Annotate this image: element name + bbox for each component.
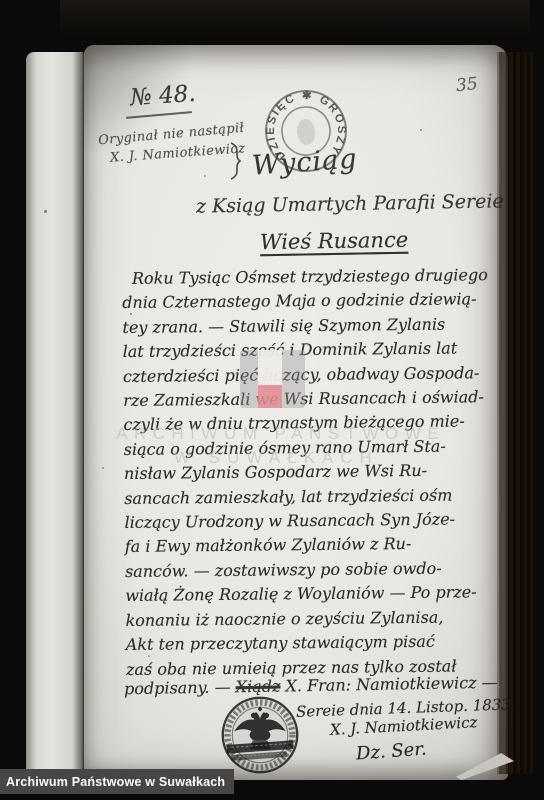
closing-line-post: X. Fran: Namiotkiewicz — xyxy=(280,673,497,696)
record-number: № 48. xyxy=(129,81,196,112)
handwritten-line: liczący Urodzony w Rusancach Syn Józe- xyxy=(124,507,504,535)
book-top-edge xyxy=(60,0,530,48)
document-subtitle: z Ksiąg Umartych Parafii Sereie xyxy=(196,190,504,217)
archival-scan: 35 № 48. Oryginał nie nastąpił X. J. Nam… xyxy=(0,0,544,800)
handwritten-line: wiałą Żonę Rozalię z Woylaniów — Po prze… xyxy=(125,580,505,608)
book-spine-dark-edge xyxy=(497,52,533,774)
signature-flourish: Dz. Ser. xyxy=(355,739,427,765)
ink-flourish-brace xyxy=(226,141,246,181)
underlying-page-edge xyxy=(26,52,84,772)
village-heading: Wieś Rusance xyxy=(260,228,409,255)
page-number: 35 xyxy=(455,74,479,96)
record-number-underline xyxy=(126,111,192,119)
body-lines: Roku Tysiąc Ośmset trzydziestego drugieg… xyxy=(122,263,506,682)
dirt-speck xyxy=(44,210,47,213)
official-ink-seal-eagle xyxy=(218,693,302,777)
handwritten-line: dnia Czternastego Maja o godzinie dziewi… xyxy=(122,287,502,315)
document-title: Wyciąg xyxy=(251,143,358,181)
archive-footer-bar: Archiwum Państwowe w Suwałkach xyxy=(0,769,234,794)
document-page: 35 № 48. Oryginał nie nastąpił X. J. Nam… xyxy=(84,45,508,780)
handwritten-line: czyli że w dniu trzynastym bieżącego mie… xyxy=(123,409,503,437)
archive-footer-label: Archiwum Państwowe w Suwałkach xyxy=(6,775,225,789)
handwritten-line: lat trzydzieści sześć i Dominik Zylanis … xyxy=(123,336,503,364)
